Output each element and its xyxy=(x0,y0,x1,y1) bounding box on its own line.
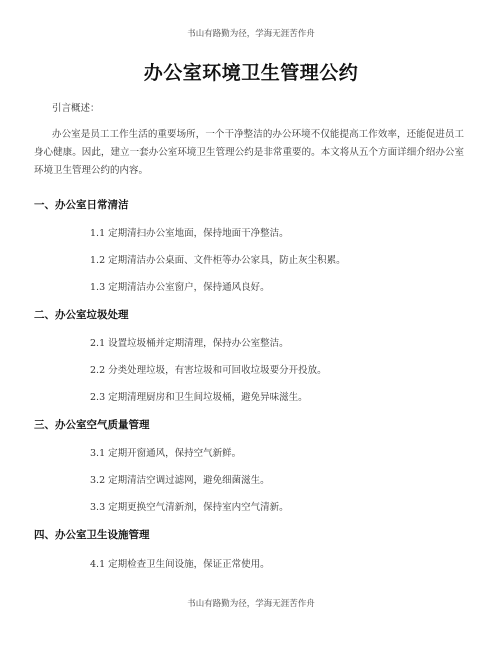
list-item-2-1: 2.1 设置垃圾桶并定期清理，保持办公室整洁。 xyxy=(90,335,289,349)
intro-label: 引言概述： xyxy=(52,100,100,114)
list-item-3-2: 3.2 定期清洁空调过滤网，避免细菌滋生。 xyxy=(90,472,270,486)
list-item-2-3: 2.3 定期清理厨房和卫生间垃圾桶，避免异味滋生。 xyxy=(90,389,308,403)
section-heading-3: 三、办公室空气质量管理 xyxy=(34,417,150,432)
list-item-3-1: 3.1 定期开窗通风，保持空气新鲜。 xyxy=(90,445,241,459)
section-heading-1: 一、办公室日常清洁 xyxy=(34,197,129,212)
document-title: 办公室环境卫生管理公约 xyxy=(0,58,502,85)
page-header: 书山有路勤为径，学海无涯苦作舟 xyxy=(0,27,502,39)
section-heading-4: 四、办公室卫生设施管理 xyxy=(34,527,150,542)
list-item-3-3: 3.3 定期更换空气清新剂，保持室内空气清新。 xyxy=(90,499,289,513)
list-item-1-2: 1.2 定期清洁办公桌面、文件柜等办公家具，防止灰尘积累。 xyxy=(90,252,346,266)
intro-paragraph: 办公室是员工工作生活的重要场所，一个干净整洁的办公环境不仅能提高工作效率，还能促… xyxy=(34,126,464,180)
list-item-1-1: 1.1 定期清扫办公室地面，保持地面干净整洁。 xyxy=(90,225,289,239)
list-item-1-3: 1.3 定期清洁办公室窗户，保持通风良好。 xyxy=(90,279,270,293)
list-item-2-2: 2.2 分类处理垃圾，有害垃圾和可回收垃圾要分开投放。 xyxy=(90,362,327,376)
section-heading-2: 二、办公室垃圾处理 xyxy=(34,307,129,322)
list-item-4-1: 4.1 定期检查卫生间设施，保证正常使用。 xyxy=(90,556,270,570)
page-footer: 书山有路勤为径，学海无涯苦作舟 xyxy=(0,597,502,609)
